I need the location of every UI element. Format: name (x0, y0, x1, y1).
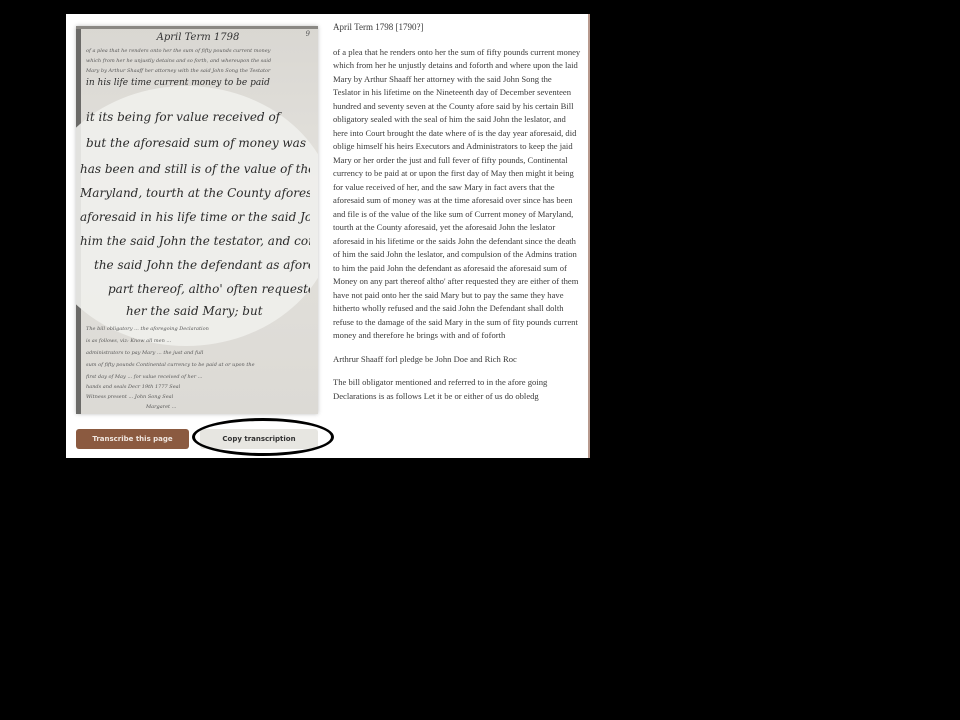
manuscript-line: aforesaid in his life time or the said J… (80, 210, 310, 224)
transcription-title: April Term 1798 [1790?] (333, 21, 581, 35)
manuscript-line: Maryland, tourth at the County aforesaid… (80, 186, 310, 200)
manuscript-line: sum of fifty pounds Continental currency… (86, 362, 310, 368)
copy-transcription-button[interactable]: Copy transcription (200, 429, 318, 449)
transcribe-page-button[interactable]: Transcribe this page (76, 429, 189, 449)
manuscript-line: is as follows, viz: Know all men ... (86, 338, 310, 344)
manuscript-line: it its being for value received of (86, 110, 310, 124)
manuscript-page-image[interactable]: April Term 1798 9 of a plea that he rend… (76, 26, 318, 414)
manuscript-line: the said John the defendant as aforesaid (94, 258, 310, 272)
manuscript-line: which from her he unjustly detains and s… (86, 58, 310, 64)
transcription-paragraph: of a plea that he renders onto her the s… (333, 46, 581, 343)
transcription-paragraph: The bill obligator mentioned and referre… (333, 376, 581, 403)
manuscript-column: April Term 1798 9 of a plea that he rend… (76, 26, 318, 414)
manuscript-heading: April Term 1798 (86, 32, 310, 43)
action-buttons: Transcribe this page Copy transcription (76, 429, 318, 449)
manuscript-line: of a plea that he renders onto her the s… (86, 48, 310, 54)
manuscript-line: in his life time current money to be pai… (86, 78, 310, 88)
manuscript-line: Witness present ... John Song Seal (86, 394, 310, 400)
manuscript-line: but the aforesaid sum of money was & (86, 136, 310, 150)
manuscript-line: her the said Mary; but (126, 304, 310, 318)
transcription-text: April Term 1798 [1790?] of a plea that h… (333, 21, 581, 413)
manuscript-line: The bill obligatory ... the aforegoing D… (86, 326, 310, 332)
manuscript-line: administrators to pay Mary ... the just … (86, 350, 310, 356)
scrollbar[interactable] (588, 14, 590, 458)
transcription-panel: April Term 1798 9 of a plea that he rend… (66, 14, 590, 458)
manuscript-line: hands and seals Decr 19th 1777 Seal (86, 384, 310, 390)
transcription-paragraph: Arthrur Shaaff forl pledge be John Doe a… (333, 353, 581, 367)
page-top-edge (76, 26, 318, 29)
manuscript-line: him the said John the testator, and comm… (80, 234, 310, 248)
manuscript-line: has been and still is of the value of th… (80, 162, 310, 176)
manuscript-line: Mary by Arthur Shaaff her attorney with … (86, 68, 310, 74)
manuscript-line: Margaret ... (146, 404, 310, 410)
manuscript-line: part thereof, altho' often requested (108, 282, 310, 296)
manuscript-page-number: 9 (306, 30, 310, 38)
manuscript-line: first day of May ... for value received … (86, 374, 310, 380)
